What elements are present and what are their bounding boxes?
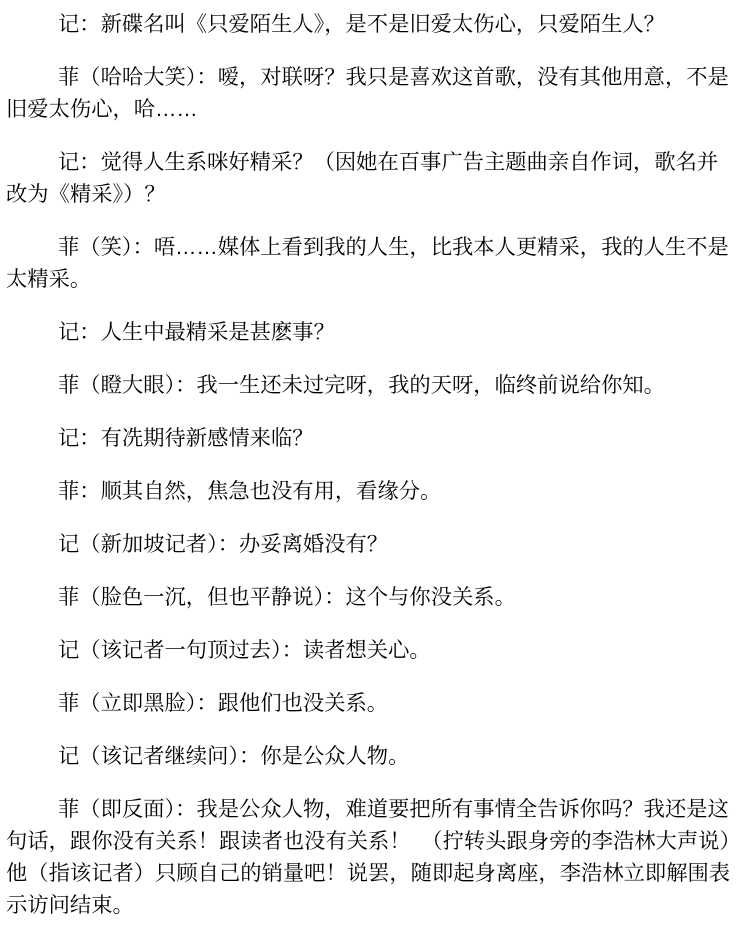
paragraph-reporter-3: 记：人生中最精采是甚麽事？ — [6, 316, 734, 348]
paragraph-reporter-5: 记（新加坡记者）：办妥离婚没有？ — [6, 528, 734, 560]
paragraph-reporter-4: 记：有冼期待新感情来临？ — [6, 422, 734, 454]
paragraph-faye-5: 菲（脸色一沉，但也平静说）：这个与你没关系。 — [6, 581, 734, 613]
paragraph-faye-1: 菲（哈哈大笑）：嗳，对联呀？我只是喜欢这首歌，没有其他用意，不是旧爱太伤心，哈…… — [6, 61, 734, 125]
paragraph-reporter-6: 记（该记者一句顶过去）：读者想关心。 — [6, 634, 734, 666]
paragraph-reporter-1: 记：新碟名叫《只爱陌生人》，是不是旧爱太伤心，只爱陌生人？ — [6, 8, 734, 40]
paragraph-faye-4: 菲：顺其自然，焦急也没有用，看缘分。 — [6, 475, 734, 507]
paragraph-faye-6: 菲（立即黑脸）：跟他们也没关系。 — [6, 687, 734, 719]
paragraph-reporter-7: 记（该记者继续问）：你是公众人物。 — [6, 740, 734, 772]
paragraph-faye-7: 菲（即反面）：我是公众人物，难道要把所有事情全告诉你吗？我还是这句话，跟你没有关… — [6, 793, 734, 921]
paragraph-reporter-2: 记：觉得人生系咪好精采？（因她在百事广告主题曲亲自作词，歌名并改为《精采》）？ — [6, 146, 734, 210]
paragraph-faye-2: 菲（笑）：唔……媒体上看到我的人生，比我本人更精采，我的人生不是太精采。 — [6, 231, 734, 295]
paragraph-faye-3: 菲（瞪大眼）：我一生还未过完呀，我的天呀，临终前说给你知。 — [6, 369, 734, 401]
document-page: 记：新碟名叫《只爱陌生人》，是不是旧爱太伤心，只爱陌生人？ 菲（哈哈大笑）：嗳，… — [0, 0, 740, 925]
